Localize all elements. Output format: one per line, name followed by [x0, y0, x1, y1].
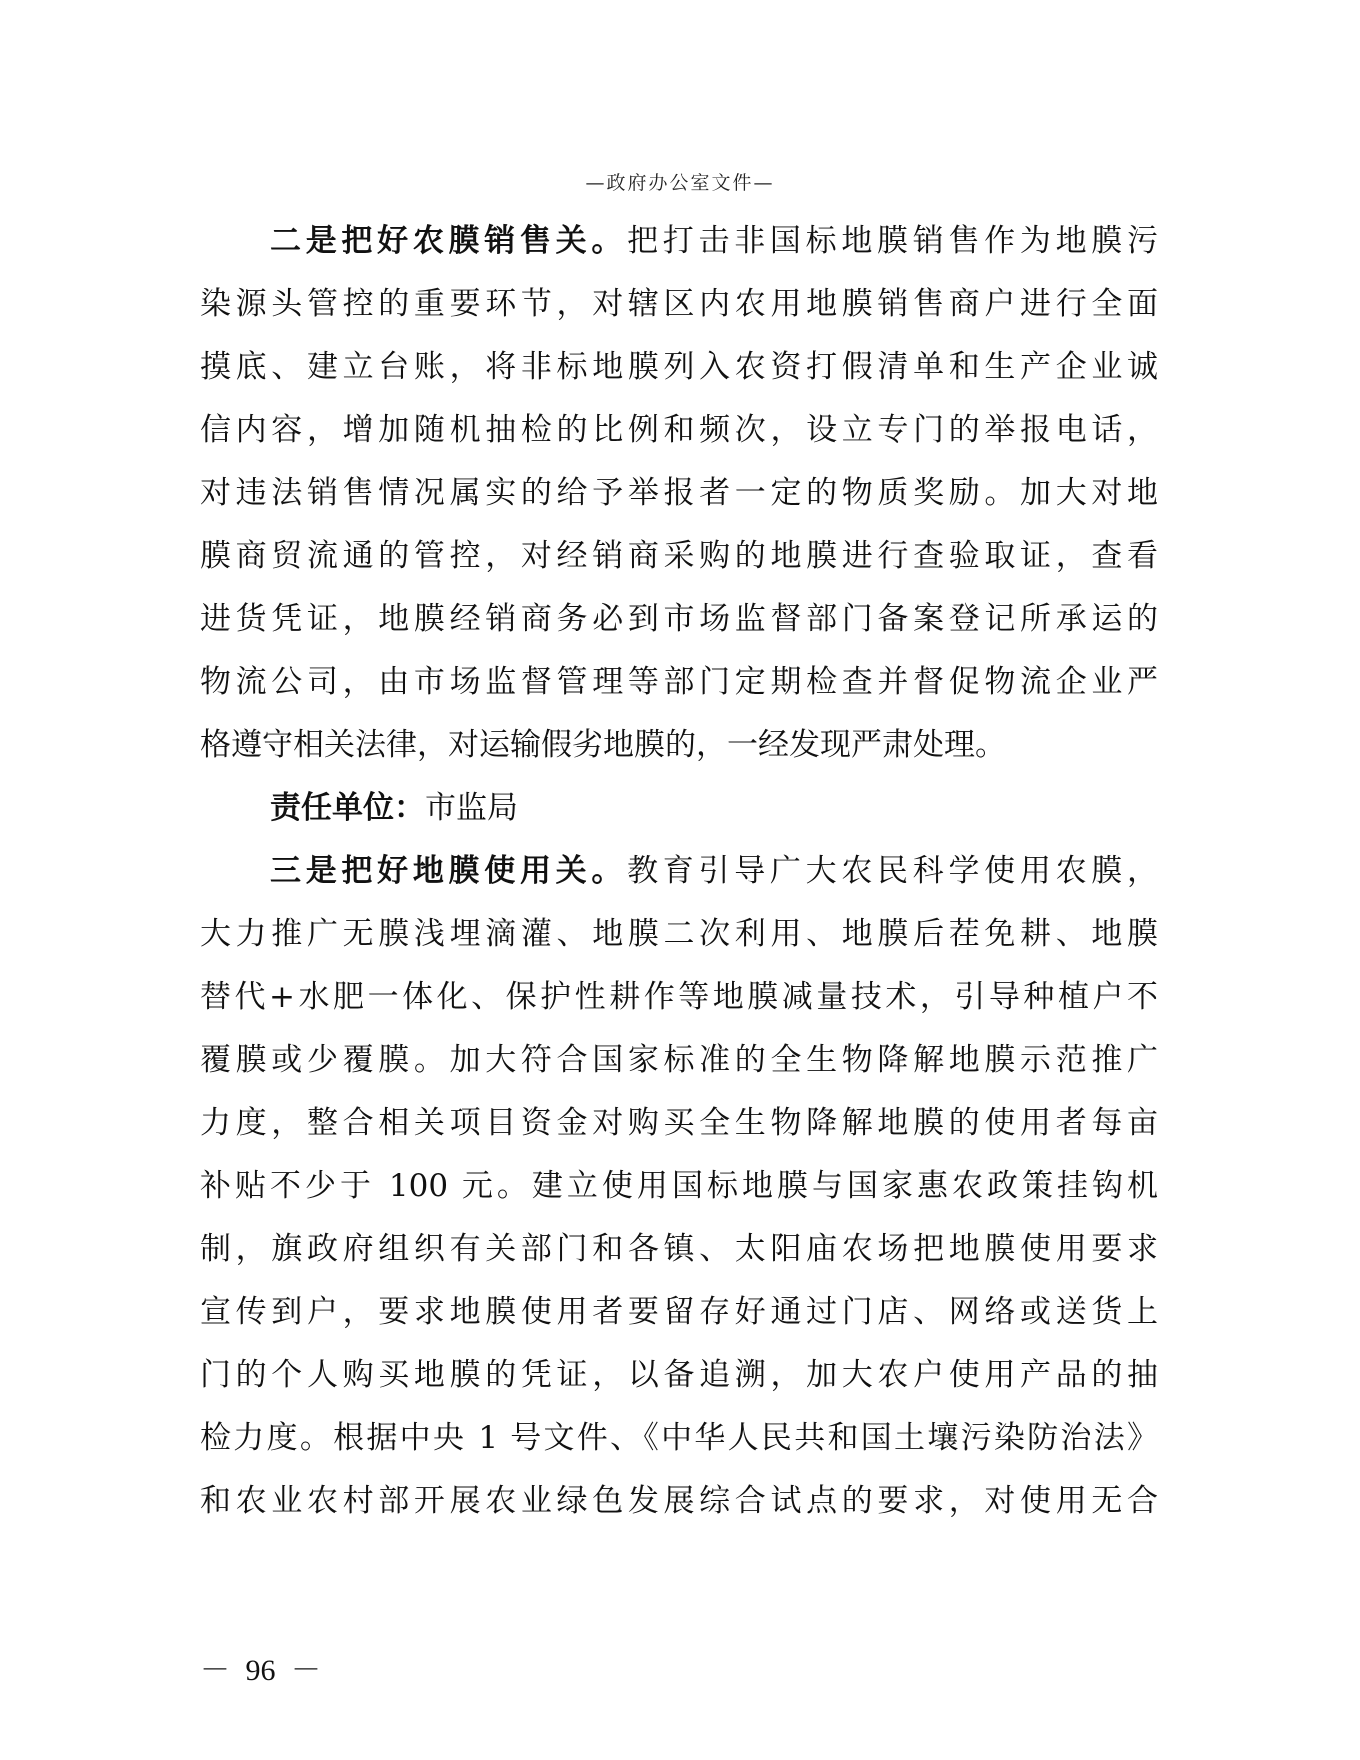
paragraph-line: 覆膜或少覆膜。加大符合国家标准的全生物降解地膜示范推广 [200, 1029, 1158, 1092]
paragraph-line: 膜商贸流通的管控，对经销商采购的地膜进行查验取证，查看 [200, 525, 1158, 588]
document-body: 二是把好农膜销售关。把打击非国标地膜销售作为地膜污 染源头管控的重要环节，对辖区… [200, 210, 1158, 1533]
responsibility-label: 责任单位： [270, 790, 425, 826]
section-3-heading: 三是把好地膜使用关。 [270, 853, 627, 889]
paragraph-line: 大力推广无膜浅埋滴灌、地膜二次利用、地膜后茬免耕、地膜 [200, 903, 1158, 966]
section-2-first-line: 二是把好农膜销售关。把打击非国标地膜销售作为地膜污 [200, 210, 1158, 273]
paragraph-line: 检力度。根据中央 1 号文件、《中华人民共和国土壤污染防治法》 [200, 1407, 1158, 1470]
paragraph-line: 宣传到户，要求地膜使用者要留存好通过门店、网络或送货上 [200, 1281, 1158, 1344]
paragraph-line: 门的个人购买地膜的凭证，以备追溯，加大农户使用产品的抽 [200, 1344, 1158, 1407]
paragraph-line: 对违法销售情况属实的给予举报者一定的物质奖励。加大对地 [200, 462, 1158, 525]
section-2-heading: 二是把好农膜销售关。 [270, 223, 627, 259]
document-header: —政府办公室文件— [0, 168, 1360, 195]
paragraph-line: 摸底、建立台账，将非标地膜列入农资打假清单和生产企业诚 [200, 336, 1158, 399]
paragraph-line: 补贴不少于 100 元。建立使用国标地膜与国家惠农政策挂钩机 [200, 1155, 1158, 1218]
paragraph-line: 替代+水肥一体化、保护性耕作等地膜减量技术，引导种植户不 [200, 966, 1158, 1029]
responsibility-line: 责任单位：市监局 [200, 777, 1158, 840]
responsibility-value: 市监局 [425, 790, 518, 826]
paragraph-line: 进货凭证，地膜经销商务必到市场监督部门备案登记所承运的 [200, 588, 1158, 651]
paragraph-line: 染源头管控的重要环节，对辖区内农用地膜销售商户进行全面 [200, 273, 1158, 336]
paragraph-line: 和农业农村部开展农业绿色发展综合试点的要求，对使用无合 [200, 1470, 1158, 1533]
paragraph-line: 把打击非国标地膜销售作为地膜污 [627, 223, 1158, 259]
paragraph-line: 力度，整合相关项目资金对购买全生物降解地膜的使用者每亩 [200, 1092, 1158, 1155]
paragraph-line: 制，旗政府组织有关部门和各镇、太阳庙农场把地膜使用要求 [200, 1218, 1158, 1281]
paragraph-line: 信内容，增加随机抽检的比例和频次，设立专门的举报电话， [200, 399, 1158, 462]
paragraph-line: 物流公司，由市场监督管理等部门定期检查并督促物流企业严 [200, 651, 1158, 714]
paragraph-line: 教育引导广大农民科学使用农膜， [627, 853, 1158, 889]
page-number: － 96 － [200, 1645, 321, 1689]
paragraph-line: 格遵守相关法律，对运输假劣地膜的，一经发现严肃处理。 [200, 714, 1158, 777]
section-3-first-line: 三是把好地膜使用关。教育引导广大农民科学使用农膜， [200, 840, 1158, 903]
